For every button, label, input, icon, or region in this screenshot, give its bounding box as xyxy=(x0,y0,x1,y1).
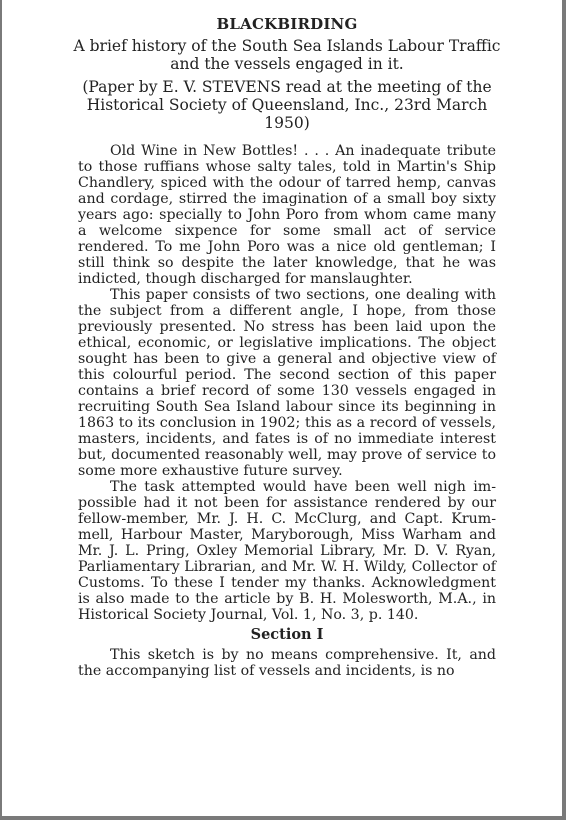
page-content: BLACKBIRDING A brief history of the Sout… xyxy=(78,14,496,679)
document-page: BLACKBIRDING A brief history of the Sout… xyxy=(0,0,566,820)
paragraph-section-one: This sketch is by no means comprehensive… xyxy=(78,647,496,679)
section-heading: Section I xyxy=(78,625,496,645)
document-title: BLACKBIRDING xyxy=(78,14,496,34)
document-subtitle: A brief history of the South Sea Islands… xyxy=(67,37,507,73)
paragraph-scope: This paper consists of two sections, one… xyxy=(78,287,496,479)
paper-attribution: (Paper by E. V. STEVENS read at the meet… xyxy=(67,78,507,132)
paragraph-acknowledgments: The task attempted would have been well … xyxy=(78,479,496,623)
paragraph-introduction: Old Wine in New Bottles! . . . An inadeq… xyxy=(78,143,496,287)
